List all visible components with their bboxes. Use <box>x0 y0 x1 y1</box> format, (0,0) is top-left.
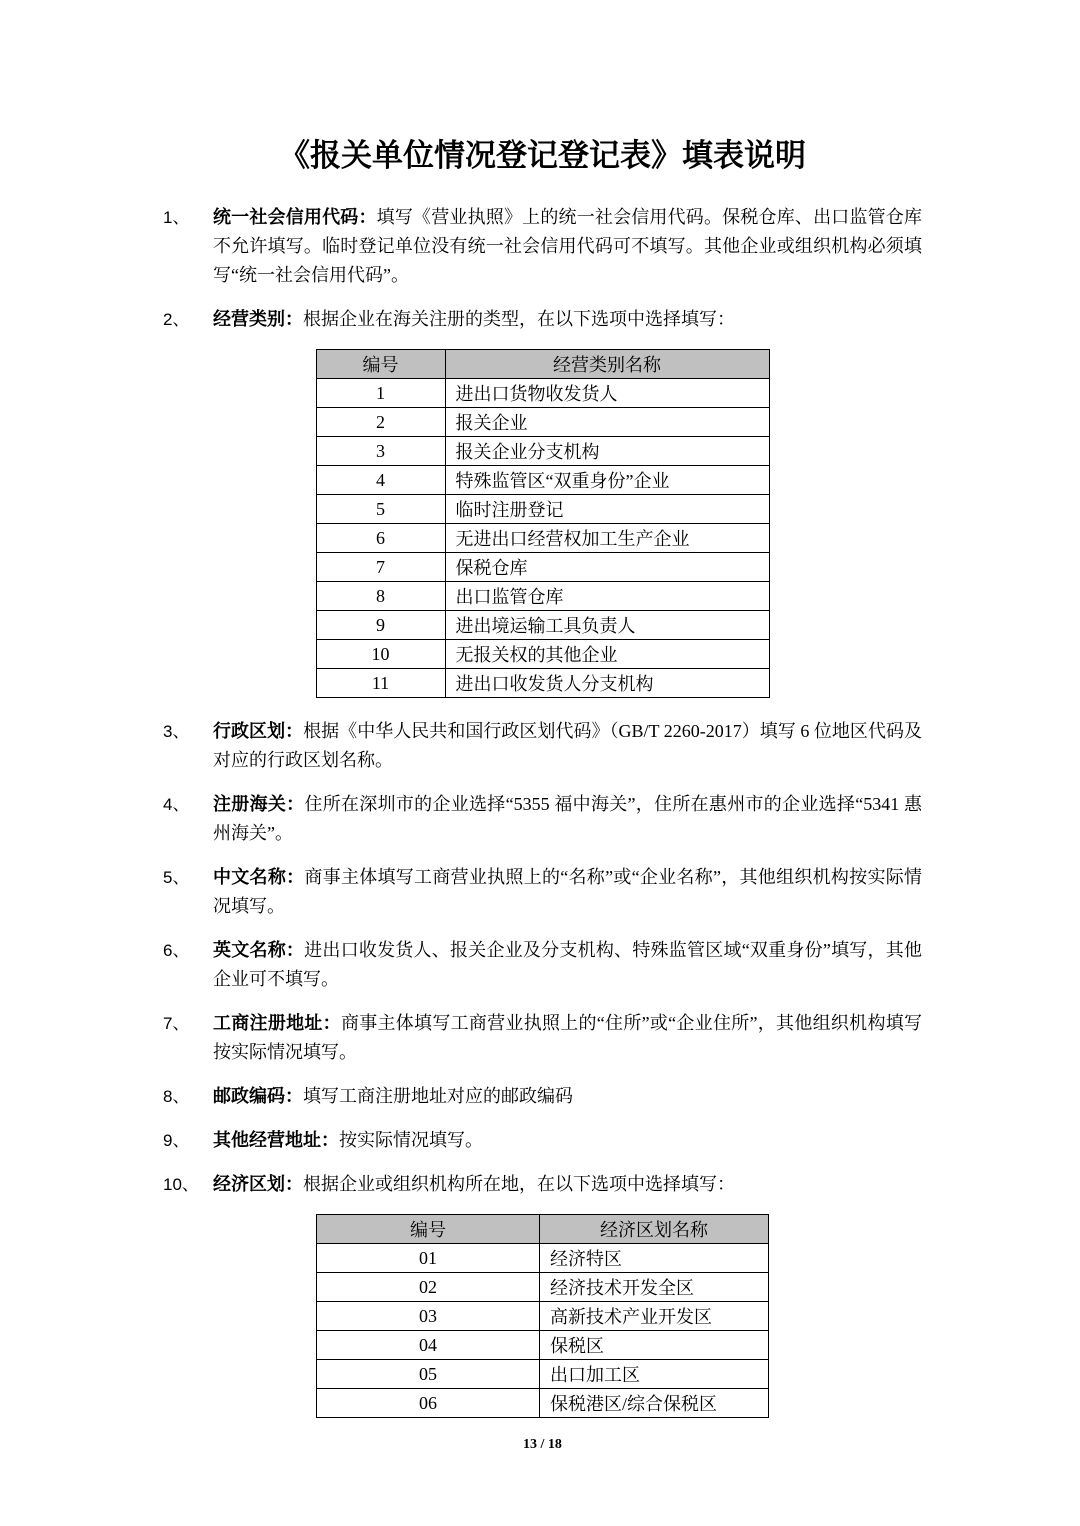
table-header-row: 编号经济区划名称 <box>317 1215 769 1244</box>
column-header: 编号 <box>317 1215 540 1244</box>
table-row: 02经济技术开发全区 <box>317 1273 769 1302</box>
item-label: 工商注册地址： <box>213 1013 341 1033</box>
name-cell: 出口监管仓库 <box>445 582 769 611</box>
name-cell: 临时注册登记 <box>445 495 769 524</box>
table-row: 05出口加工区 <box>317 1360 769 1389</box>
code-cell: 11 <box>316 669 445 698</box>
item-text: 其他经营地址：按实际情况填写。 <box>213 1126 922 1155</box>
code-cell: 9 <box>316 611 445 640</box>
item-description: 根据企业或组织机构所在地，在以下选项中选择填写： <box>303 1174 735 1194</box>
table-row: 11进出口收发货人分支机构 <box>316 669 769 698</box>
item-description: 根据《中华人民共和国行政区划代码》（GB/T 2260-2017）填写 6 位地… <box>213 721 922 770</box>
item-text: 注册海关：住所在深圳市的企业选择“5355 福中海关”，住所在惠州市的企业选择“… <box>213 790 922 848</box>
item-label: 经营类别： <box>213 309 303 329</box>
name-cell: 出口加工区 <box>540 1360 769 1389</box>
table-row: 6无进出口经营权加工生产企业 <box>316 524 769 553</box>
page-title: 《报关单位情况登记登记表》填表说明 <box>163 136 922 176</box>
item-label: 其他经营地址： <box>213 1130 339 1150</box>
table-row: 2报关企业 <box>316 408 769 437</box>
item-number: 5、 <box>163 863 213 892</box>
item-label: 邮政编码： <box>213 1086 303 1106</box>
item-number: 1、 <box>163 203 213 232</box>
code-cell: 6 <box>316 524 445 553</box>
instruction-list: 1、统一社会信用代码：填写《营业执照》上的统一社会信用代码。保税仓库、出口监管仓… <box>163 203 922 1418</box>
item-label: 统一社会信用代码： <box>213 207 377 227</box>
item-number: 8、 <box>163 1082 213 1111</box>
item-number: 4、 <box>163 790 213 819</box>
item-number: 9、 <box>163 1126 213 1155</box>
table-row: 03高新技术产业开发区 <box>317 1302 769 1331</box>
column-header: 经营类别名称 <box>445 350 769 379</box>
code-cell: 04 <box>317 1331 540 1360</box>
name-cell: 报关企业分支机构 <box>445 437 769 466</box>
name-cell: 经济技术开发全区 <box>540 1273 769 1302</box>
name-cell: 高新技术产业开发区 <box>540 1302 769 1331</box>
item-number: 7、 <box>163 1009 213 1038</box>
instruction-item: 10、经济区划：根据企业或组织机构所在地，在以下选项中选择填写： <box>163 1170 922 1199</box>
economic-zone-table: 编号经济区划名称01经济特区02经济技术开发全区03高新技术产业开发区04保税区… <box>316 1214 769 1418</box>
table-row: 1进出口货物收发货人 <box>316 379 769 408</box>
item-description: 进出口收发货人、报关企业及分支机构、特殊监管区域“双重身份”填写，其他企业可不填… <box>213 940 922 989</box>
table-row: 5临时注册登记 <box>316 495 769 524</box>
name-cell: 保税港区/综合保税区 <box>540 1389 769 1418</box>
name-cell: 保税仓库 <box>445 553 769 582</box>
table-row: 3报关企业分支机构 <box>316 437 769 466</box>
code-cell: 4 <box>316 466 445 495</box>
code-cell: 1 <box>316 379 445 408</box>
name-cell: 进出口货物收发货人 <box>445 379 769 408</box>
code-cell: 02 <box>317 1273 540 1302</box>
item-text: 邮政编码：填写工商注册地址对应的邮政编码 <box>213 1082 922 1111</box>
instruction-item: 7、工商注册地址：商事主体填写工商营业执照上的“住所”或“企业住所”，其他组织机… <box>163 1009 922 1067</box>
item-text: 中文名称：商事主体填写工商营业执照上的“名称”或“企业名称”，其他组织机构按实际… <box>213 863 922 921</box>
item-description: 住所在深圳市的企业选择“5355 福中海关”，住所在惠州市的企业选择“5341 … <box>213 794 922 843</box>
code-cell: 5 <box>316 495 445 524</box>
code-cell: 01 <box>317 1244 540 1273</box>
table-row: 06保税港区/综合保税区 <box>317 1389 769 1418</box>
instruction-item: 5、中文名称：商事主体填写工商营业执照上的“名称”或“企业名称”，其他组织机构按… <box>163 863 922 921</box>
instruction-item: 1、统一社会信用代码：填写《营业执照》上的统一社会信用代码。保税仓库、出口监管仓… <box>163 203 922 290</box>
item-label: 英文名称： <box>213 940 304 960</box>
economic-zone-table-wrap: 编号经济区划名称01经济特区02经济技术开发全区03高新技术产业开发区04保税区… <box>163 1214 922 1418</box>
instruction-item: 3、行政区划：根据《中华人民共和国行政区划代码》（GB/T 2260-2017）… <box>163 717 922 775</box>
table-row: 04保税区 <box>317 1331 769 1360</box>
page-number: 13 / 18 <box>163 1437 922 1453</box>
table-row: 01经济特区 <box>317 1244 769 1273</box>
name-cell: 无进出口经营权加工生产企业 <box>445 524 769 553</box>
item-text: 统一社会信用代码：填写《营业执照》上的统一社会信用代码。保税仓库、出口监管仓库不… <box>213 203 922 290</box>
instruction-item: 6、英文名称：进出口收发货人、报关企业及分支机构、特殊监管区域“双重身份”填写，… <box>163 936 922 994</box>
document-page: 《报关单位情况登记登记表》填表说明 1、统一社会信用代码：填写《营业执照》上的统… <box>0 0 1080 1526</box>
code-cell: 8 <box>316 582 445 611</box>
item-number: 3、 <box>163 717 213 746</box>
name-cell: 进出境运输工具负责人 <box>445 611 769 640</box>
name-cell: 保税区 <box>540 1331 769 1360</box>
item-label: 行政区划： <box>213 721 303 741</box>
item-text: 经营类别：根据企业在海关注册的类型，在以下选项中选择填写： <box>213 305 922 334</box>
code-cell: 05 <box>317 1360 540 1389</box>
name-cell: 进出口收发货人分支机构 <box>445 669 769 698</box>
item-description: 根据企业在海关注册的类型，在以下选项中选择填写： <box>303 309 735 329</box>
instruction-item: 8、邮政编码：填写工商注册地址对应的邮政编码 <box>163 1082 922 1111</box>
name-cell: 无报关权的其他企业 <box>445 640 769 669</box>
item-text: 工商注册地址：商事主体填写工商营业执照上的“住所”或“企业住所”，其他组织机构填… <box>213 1009 922 1067</box>
item-number: 10、 <box>163 1170 213 1199</box>
name-cell: 报关企业 <box>445 408 769 437</box>
instruction-item: 2、经营类别：根据企业在海关注册的类型，在以下选项中选择填写： <box>163 305 922 334</box>
business-category-table: 编号经营类别名称1进出口货物收发货人2报关企业3报关企业分支机构4特殊监管区“双… <box>316 349 770 698</box>
code-cell: 3 <box>316 437 445 466</box>
item-text: 英文名称：进出口收发货人、报关企业及分支机构、特殊监管区域“双重身份”填写，其他… <box>213 936 922 994</box>
name-cell: 特殊监管区“双重身份”企业 <box>445 466 769 495</box>
instruction-item: 9、其他经营地址：按实际情况填写。 <box>163 1126 922 1155</box>
table-row: 4特殊监管区“双重身份”企业 <box>316 466 769 495</box>
code-cell: 03 <box>317 1302 540 1331</box>
business-category-table-wrap: 编号经营类别名称1进出口货物收发货人2报关企业3报关企业分支机构4特殊监管区“双… <box>163 349 922 698</box>
item-label: 经济区划： <box>213 1174 303 1194</box>
code-cell: 7 <box>316 553 445 582</box>
table-row: 10无报关权的其他企业 <box>316 640 769 669</box>
code-cell: 10 <box>316 640 445 669</box>
item-number: 2、 <box>163 305 213 334</box>
table-row: 7保税仓库 <box>316 553 769 582</box>
item-label: 中文名称： <box>213 867 304 887</box>
column-header: 经济区划名称 <box>540 1215 769 1244</box>
code-cell: 06 <box>317 1389 540 1418</box>
item-text: 行政区划：根据《中华人民共和国行政区划代码》（GB/T 2260-2017）填写… <box>213 717 922 775</box>
item-label: 注册海关： <box>213 794 304 814</box>
item-description: 按实际情况填写。 <box>339 1130 483 1150</box>
table-header-row: 编号经营类别名称 <box>316 350 769 379</box>
name-cell: 经济特区 <box>540 1244 769 1273</box>
table-row: 9进出境运输工具负责人 <box>316 611 769 640</box>
item-description: 填写工商注册地址对应的邮政编码 <box>303 1086 573 1106</box>
instruction-item: 4、注册海关：住所在深圳市的企业选择“5355 福中海关”，住所在惠州市的企业选… <box>163 790 922 848</box>
table-row: 8出口监管仓库 <box>316 582 769 611</box>
column-header: 编号 <box>316 350 445 379</box>
item-text: 经济区划：根据企业或组织机构所在地，在以下选项中选择填写： <box>213 1170 922 1199</box>
item-description: 商事主体填写工商营业执照上的“名称”或“企业名称”，其他组织机构按实际情况填写。 <box>213 867 922 916</box>
item-number: 6、 <box>163 936 213 965</box>
code-cell: 2 <box>316 408 445 437</box>
